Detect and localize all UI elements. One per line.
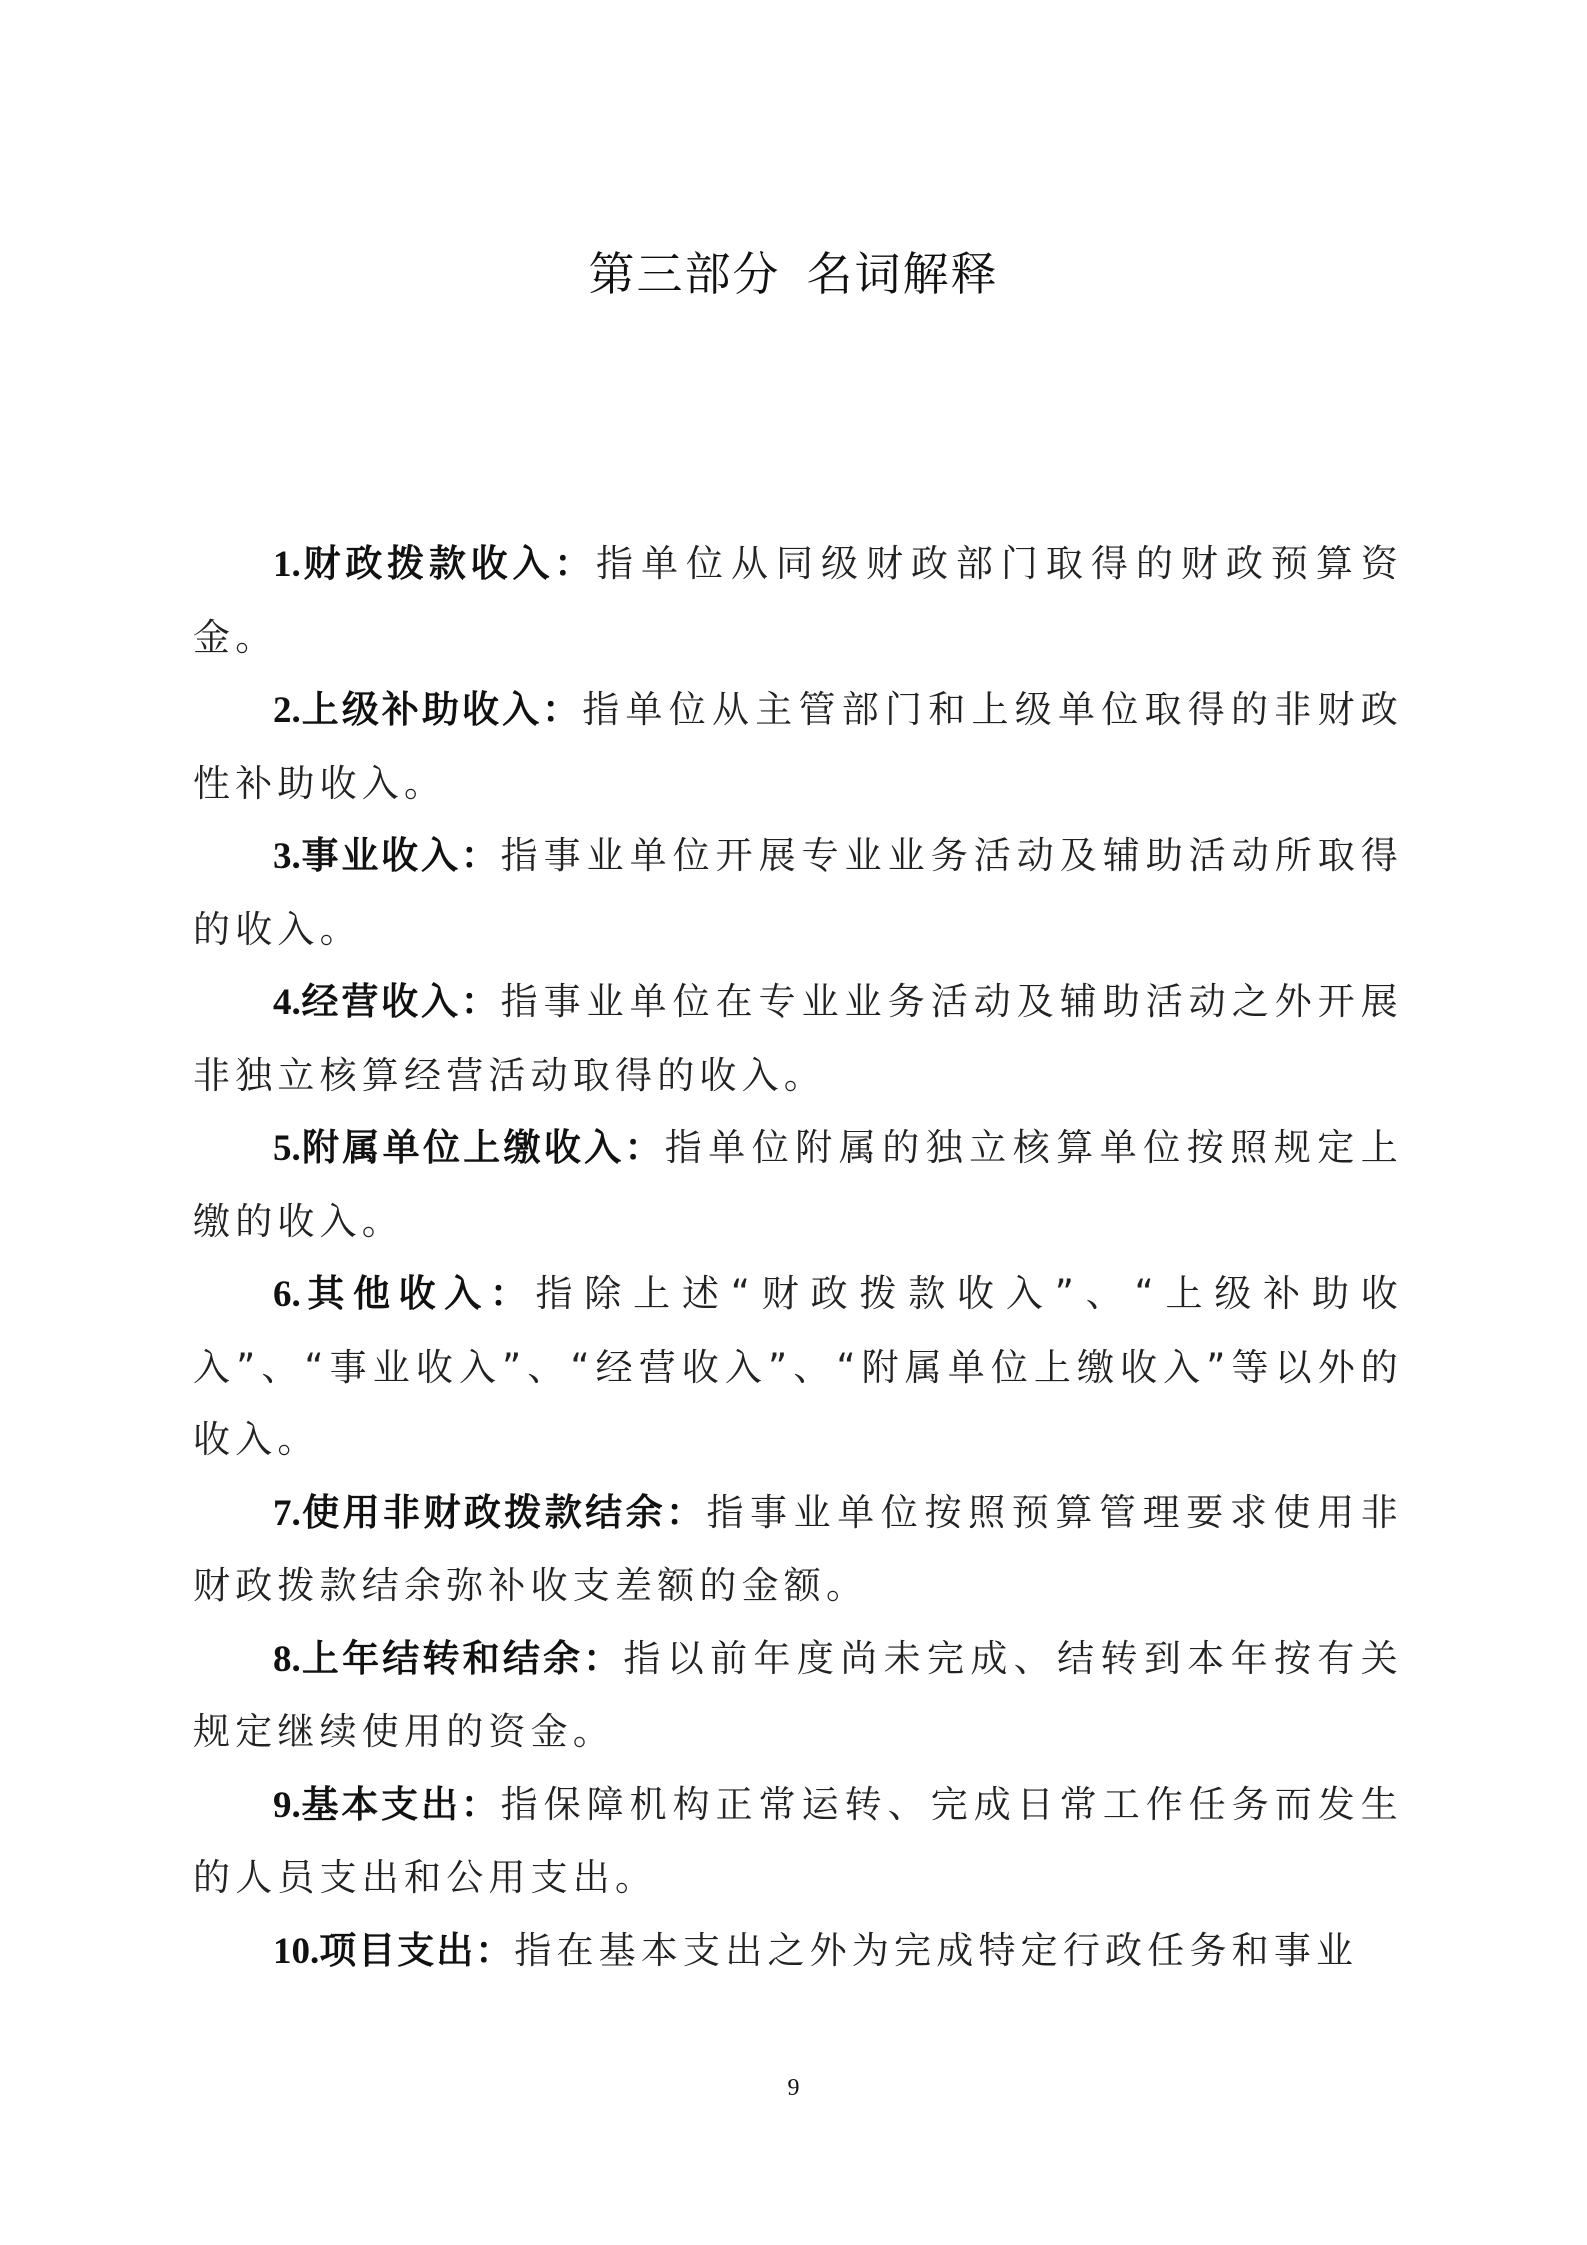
item-term: 其他收入：: [301, 1272, 536, 1315]
item-term: 上年结转和结余：: [301, 1637, 624, 1680]
glossary-item: 4.经营收入：指事业单位在专业业务活动及辅助活动之外开展非独立核算经营活动取得的…: [193, 966, 1403, 1112]
item-definition: 指在基本支出之外为完成特定行政任务和事业: [514, 1929, 1358, 1972]
glossary-item: 10.项目支出：指在基本支出之外为完成特定行政任务和事业: [193, 1915, 1403, 1989]
item-number: 9.: [273, 1785, 301, 1826]
glossary-item: 5.附属单位上缴收入：指单位附属的独立核算单位按照规定上缴的收入。: [193, 1112, 1403, 1258]
glossary-item: 9.基本支出：指保障机构正常运转、完成日常工作任务而发生的人员支出和公用支出。: [193, 1769, 1403, 1915]
page-number: 9: [0, 2075, 1587, 2102]
item-term: 财政拨款收入：: [301, 542, 596, 585]
item-number: 2.: [273, 690, 301, 731]
item-number: 4.: [273, 982, 301, 1023]
item-number: 10.: [273, 1931, 319, 1972]
item-term: 使用非财政拨款结余：: [301, 1491, 707, 1534]
item-number: 5.: [273, 1128, 301, 1169]
glossary-item: 1.财政拨款收入：指单位从同级财政部门取得的财政预算资金。: [193, 528, 1403, 674]
item-term: 项目支出：: [319, 1929, 514, 1972]
item-number: 7.: [273, 1493, 301, 1534]
page-title: 第三部分名词解释: [0, 238, 1587, 304]
item-term: 上级补助收入：: [301, 688, 582, 731]
glossary-item: 7.使用非财政拨款结余：指事业单位按照预算管理要求使用非财政拨款结余弥补收支差额…: [193, 1477, 1403, 1623]
glossary-item: 2.上级补助收入：指单位从主管部门和上级单位取得的非财政性补助收入。: [193, 674, 1403, 820]
item-number: 6.: [273, 1274, 301, 1315]
item-number: 3.: [273, 836, 301, 877]
item-term: 事业收入：: [301, 834, 501, 877]
document-page: 第三部分名词解释 1.财政拨款收入：指单位从同级财政部门取得的财政预算资金。 2…: [0, 0, 1587, 2245]
item-number: 8.: [273, 1639, 301, 1680]
item-term: 经营收入：: [301, 980, 501, 1023]
item-term: 基本支出：: [301, 1783, 501, 1826]
glossary-item: 3.事业收入：指事业单位开展专业业务活动及辅助活动所取得的收入。: [193, 820, 1403, 966]
glossary-item: 8.上年结转和结余：指以前年度尚未完成、结转到本年按有关规定继续使用的资金。: [193, 1623, 1403, 1769]
title-part: 第三部分: [589, 247, 781, 301]
title-name: 名词解释: [807, 247, 999, 301]
glossary-list: 1.财政拨款收入：指单位从同级财政部门取得的财政预算资金。 2.上级补助收入：指…: [193, 528, 1403, 1988]
item-term: 附属单位上缴收入：: [301, 1126, 665, 1169]
glossary-item: 6.其他收入：指除上述“财政拨款收入”、“上级补助收入”、“事业收入”、“经营收…: [193, 1258, 1403, 1477]
item-number: 1.: [273, 544, 301, 585]
